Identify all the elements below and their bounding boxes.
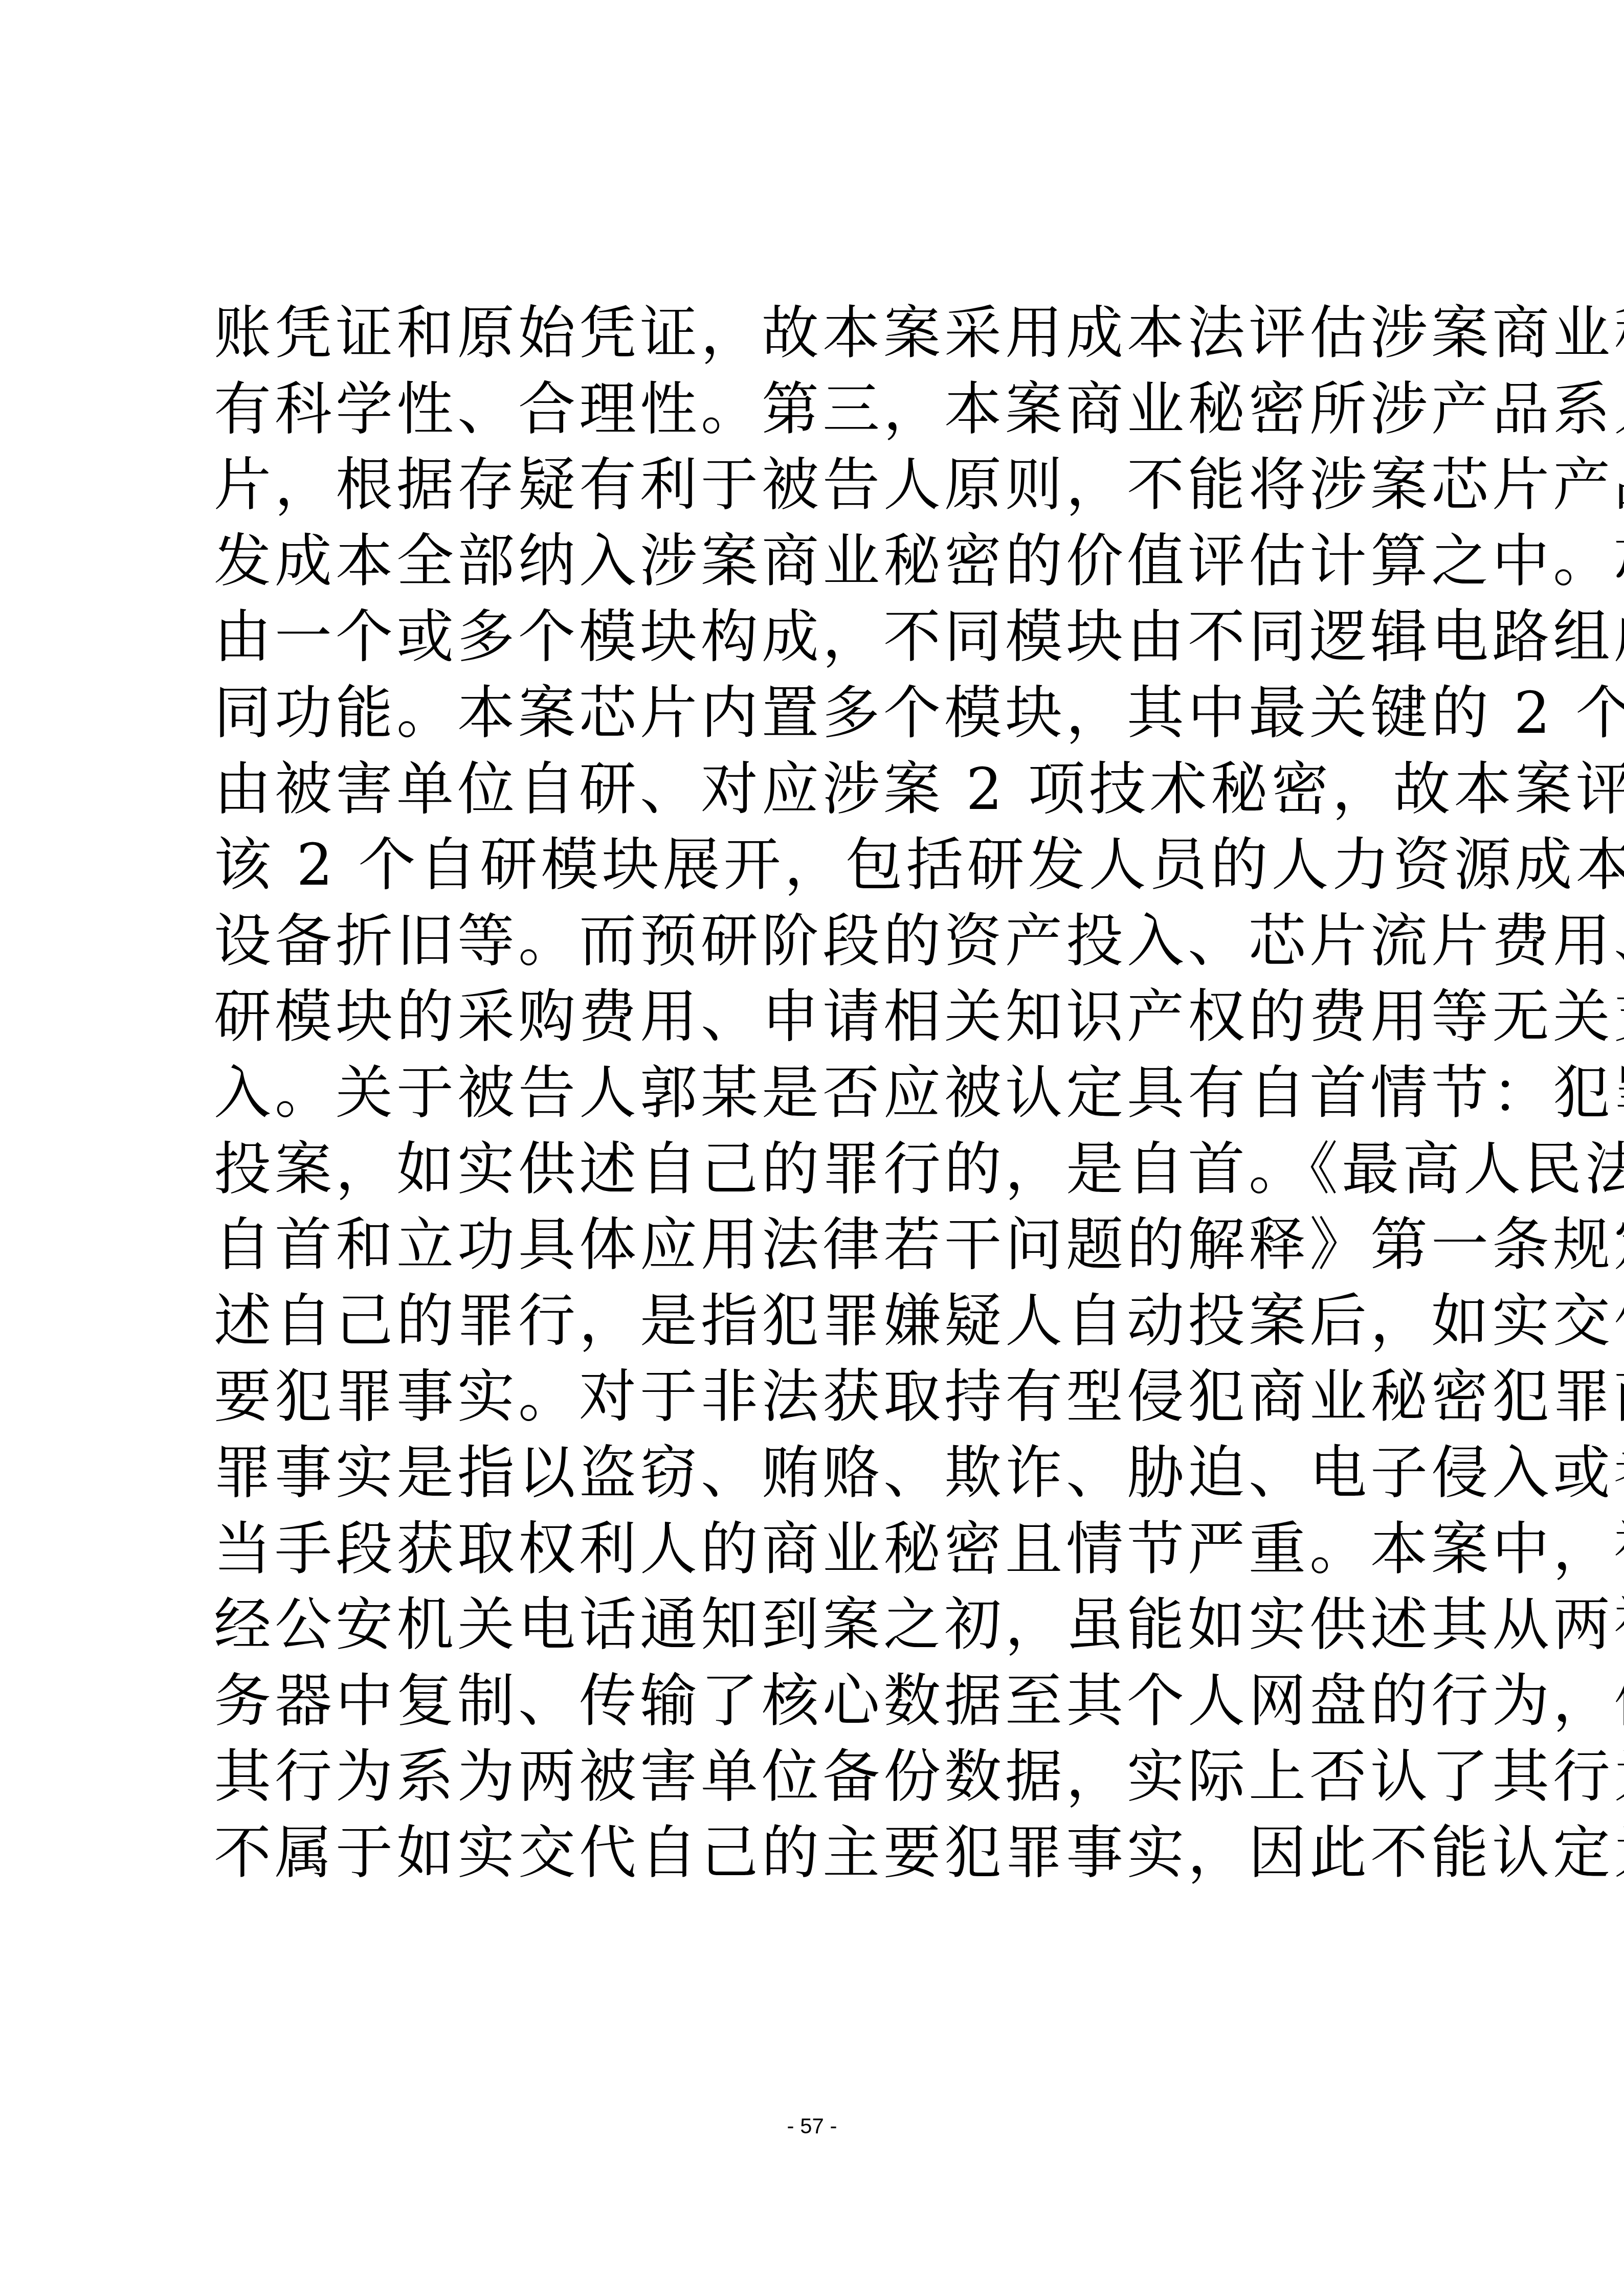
body-paragraph: 账凭证和原始凭证，故本案采用成本法评估涉案商业秘密价值具 有科学性、合理性。第三… [214,296,1431,1891]
text-line: 述自己的罪行，是指犯罪嫌疑人自动投案后，如实交代自己的主 [214,1284,1431,1360]
text-line: 同功能。本案芯片内置多个模块，其中最关键的 2 个功能模块系 [214,676,1431,752]
text-line: 研模块的采购费用、申请相关知识产权的费用等无关支出均未计 [214,979,1431,1055]
text-line: 账凭证和原始凭证，故本案采用成本法评估涉案商业秘密价值具 [214,296,1431,372]
text-line: 有科学性、合理性。第三，本案商业秘密所涉产品系人工智能芯 [214,372,1431,448]
text-line: 由被害单位自研、对应涉案 2 项技术秘密，故本案评估鉴定围绕 [214,752,1431,828]
text-line: 自首和立功具体应用法律若干问题的解释》第一条规定，如实供 [214,1207,1431,1284]
text-line: 该 2 个自研模块展开，包括研发人员的人力资源成本、材料费、 [214,827,1431,904]
text-line: 要犯罪事实。对于非法获取持有型侵犯商业秘密犯罪而言，其犯 [214,1359,1431,1435]
text-line: 发成本全部纳入涉案商业秘密的价值评估计算之中。芯片产品系 [214,524,1431,600]
text-line: 其行为系为两被害单位备份数据，实际上否认了其行为的不法性， [214,1739,1431,1815]
text-line: 罪事实是指以盗窃、贿赂、欺诈、胁迫、电子侵入或者其他不正 [214,1435,1431,1512]
text-line: 不属于如实交代自己的主要犯罪事实，因此不能认定为自首。 [214,1815,1431,1892]
text-line: 由一个或多个模块构成，不同模块由不同逻辑电路组成、负责不 [214,599,1431,676]
text-line: 入。关于被告人郭某是否应被认定具有自首情节：犯罪以后自动 [214,1055,1431,1132]
text-line: 设备折旧等。而预研阶段的资产投入、芯片流片费用、其余非自 [214,904,1431,980]
document-page: 账凭证和原始凭证，故本案采用成本法评估涉案商业秘密价值具 有科学性、合理性。第三… [0,0,1624,2296]
text-line: 投案，如实供述自己的罪行的，是自首。《最高人民法院关于处理 [214,1132,1431,1208]
text-line: 当手段获取权利人的商业秘密且情节严重。本案中，被告人郭某 [214,1512,1431,1588]
page-number: - 57 - [0,2111,1624,2142]
text-line: 片，根据存疑有利于被告人原则，不能将涉案芯片产品的所有研 [214,447,1431,524]
text-line: 务器中复制、传输了核心数据至其个人网盘的行为，但却辩解称 [214,1663,1431,1740]
text-line: 经公安机关电话通知到案之初，虽能如实供述其从两被害单位服 [214,1587,1431,1663]
